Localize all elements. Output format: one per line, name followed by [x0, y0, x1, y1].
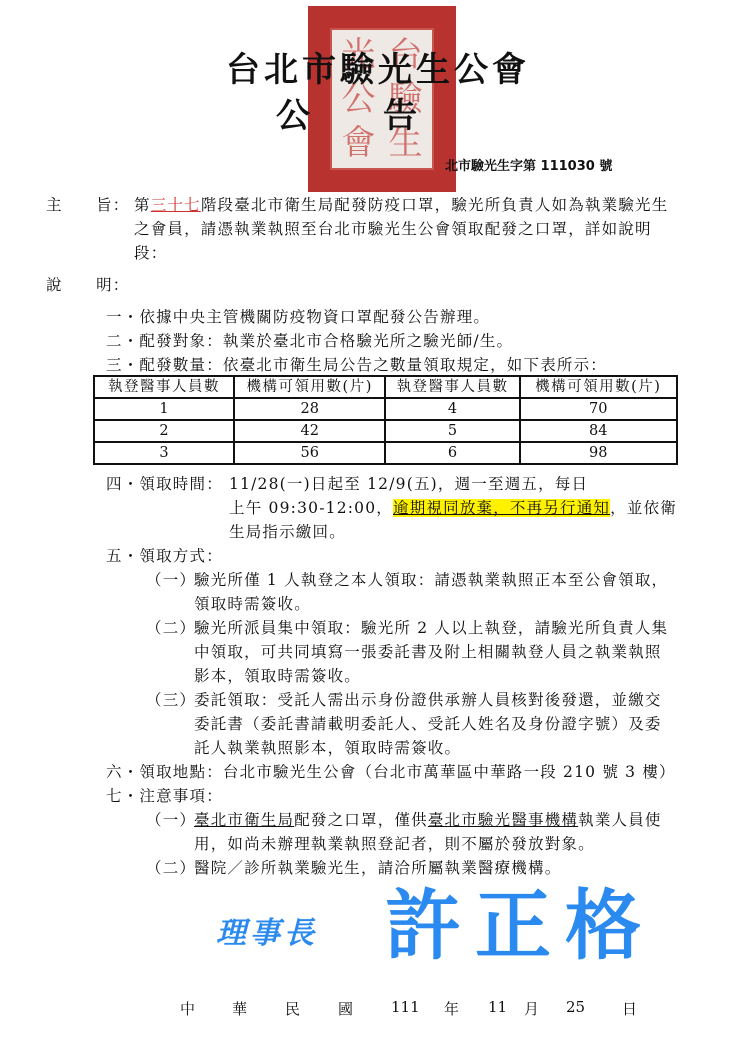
item-seven-sub2-marker: （二） [146, 856, 196, 880]
item-three: 三・配發數量：依臺北市衛生局公告之數量領取規定，如下表所示： [106, 353, 607, 377]
item-six: 六・領取地點：台北市驗光生公會（台北市萬華區中華路一段 210 號 3 樓） [106, 760, 676, 784]
optometry-institutions-underlined: 臺北市驗光醫事機構 [428, 811, 578, 829]
date-char: 國 [338, 998, 353, 1019]
table-row: 3 56 6 98 [94, 442, 677, 464]
table-header-cell: 執登醫事人員數 [385, 376, 519, 398]
item-five-sub3-marker: （三） [146, 688, 196, 712]
table-cell: 3 [94, 442, 234, 464]
document-title: 台北市驗光生公會 [226, 42, 530, 91]
association-seal-stamp: 光 台 公 驗 會 生 [308, 6, 456, 192]
table-cell: 84 [520, 420, 677, 442]
table-cell: 28 [234, 398, 386, 420]
item-five-sub3-line-3: 託人執業執照影本，領取時需簽收。 [194, 736, 461, 760]
date-char: 民 [285, 998, 300, 1019]
item-five-sub2-line-1: 驗光所派員集中領取：驗光所 2 人以上執登，請驗光所負責人集 [194, 616, 668, 640]
seal-char: 會 [336, 122, 381, 164]
document-number: 北市驗光生字第 111030 號 [445, 155, 612, 174]
item-five-sub3-line-1: 委託領取：受託人需出示身份證供承辦人員核對後發還，並繳交 [194, 688, 662, 712]
table-row: 1 28 4 70 [94, 398, 677, 420]
table-cell: 6 [385, 442, 519, 464]
item-four-line-2: 上午 09:30-12:00，逾期視同放棄，不再另行通知，並依衛 [229, 496, 677, 520]
subject-line-3: 段： [134, 241, 167, 265]
phase-number-highlight: 三十七 [151, 196, 201, 214]
mask-quantity-table: 執登醫事人員數 機構可領用數(片) 執登醫事人員數 機構可領用數(片) 1 28… [93, 375, 678, 465]
table-cell: 4 [385, 398, 519, 420]
item-five-sub2-marker: （二） [146, 616, 196, 640]
date-year: 111 [391, 998, 420, 1016]
date-month-label: 月 [524, 998, 539, 1019]
date-day: 25 [566, 998, 585, 1016]
table-cell: 2 [94, 420, 234, 442]
date-month: 11 [488, 998, 507, 1016]
explanation-label: 說 明： [46, 273, 130, 297]
item-seven-sub1-line-2: 用，如尚未辦理執業執照登記者，則不屬於發放對象。 [194, 832, 595, 856]
sub1-mid-text: 配發之口罩，僅供 [294, 811, 428, 829]
item-five-sub1-line-2: 領取時需簽收。 [194, 592, 311, 616]
item-seven-label: 七・注意事項： [106, 784, 223, 808]
announcement-label-right: 告 [383, 88, 417, 137]
table-cell: 42 [234, 420, 386, 442]
subject-line-2: 之會員，請憑執業執照至台北市驗光生公會領取配發之口罩，詳如說明 [134, 217, 652, 241]
chairman-signature: 許正格 [385, 888, 655, 964]
subject-line-1-rest: 階段臺北市衛生局配發防疫口罩，驗光所負責人如為執業驗光生 [201, 196, 669, 214]
item-five-sub2-line-2: 中領取，可共同填寫一張委託書及附上相關執登人員之執業執照 [194, 640, 662, 664]
date-day-label: 日 [622, 998, 637, 1019]
item-five-sub3-line-2: 委託書（委託書請載明委託人、受託人姓名及身份證字號）及委 [194, 712, 662, 736]
table-cell: 98 [520, 442, 677, 464]
item-four-line-1: 11/28(一)日起至 12/9(五)，週一至週五，每日 [229, 472, 588, 496]
announcement-label-left: 公 [276, 88, 310, 137]
health-bureau-underlined: 臺北市衛生局 [194, 811, 294, 829]
item-seven-sub1-marker: （一） [146, 808, 196, 832]
date-char: 華 [232, 998, 247, 1019]
pickup-hours: 上午 09:30-12:00， [229, 499, 393, 517]
table-cell: 5 [385, 420, 519, 442]
subject-line-1: 第三十七階段臺北市衛生局配發防疫口罩，驗光所負責人如為執業驗光生 [134, 193, 668, 217]
item-four-line-3: 生局指示繳回。 [229, 520, 346, 544]
table-cell: 56 [234, 442, 386, 464]
chairman-title: 理事長 [216, 908, 318, 952]
item-five-label: 五・領取方式： [106, 544, 223, 568]
document-date: 中 華 民 國 111 年 11 月 25 日 [0, 998, 750, 1018]
item-seven-sub1-line-1: 臺北市衛生局配發之口罩，僅供臺北市驗光醫事機構執業人員使 [194, 808, 662, 832]
item-five-sub1-line-1: 驗光所僅 1 人執登之本人領取：請憑執業執照正本至公會領取， [194, 568, 668, 592]
table-header-row: 執登醫事人員數 機構可領用數(片) 執登醫事人員數 機構可領用數(片) [94, 376, 677, 398]
subject-label: 主 旨： [46, 193, 130, 217]
item-seven-sub2-line-1: 醫院／診所執業驗光生，請洽所屬執業醫療機構。 [194, 856, 561, 880]
table-cell: 1 [94, 398, 234, 420]
date-year-label: 年 [444, 998, 459, 1019]
date-char: 中 [180, 998, 195, 1019]
item-one: 一・依據中央主管機關防疫物資口罩配發公告辦理。 [106, 305, 490, 329]
table-header-cell: 機構可領用數(片) [234, 376, 386, 398]
item-two: 二・配發對象：執業於臺北市合格驗光所之驗光師/生。 [106, 329, 513, 353]
item-five-sub2-line-3: 影本，領取時需簽收。 [194, 664, 361, 688]
table-cell: 70 [520, 398, 677, 420]
table-header-cell: 執登醫事人員數 [94, 376, 234, 398]
table-row: 2 42 5 84 [94, 420, 677, 442]
item-four-label: 四・領取時間： [106, 472, 223, 496]
subject-prefix: 第 [134, 196, 151, 214]
deadline-warning-highlight: 逾期視同放棄，不再另行通知 [393, 499, 610, 517]
item-four-line-2-suffix: ，並依衛 [610, 499, 677, 517]
table-header-cell: 機構可領用數(片) [520, 376, 677, 398]
sub1-end-text: 執業人員使 [578, 811, 662, 829]
item-five-sub1-marker: （一） [146, 568, 196, 592]
